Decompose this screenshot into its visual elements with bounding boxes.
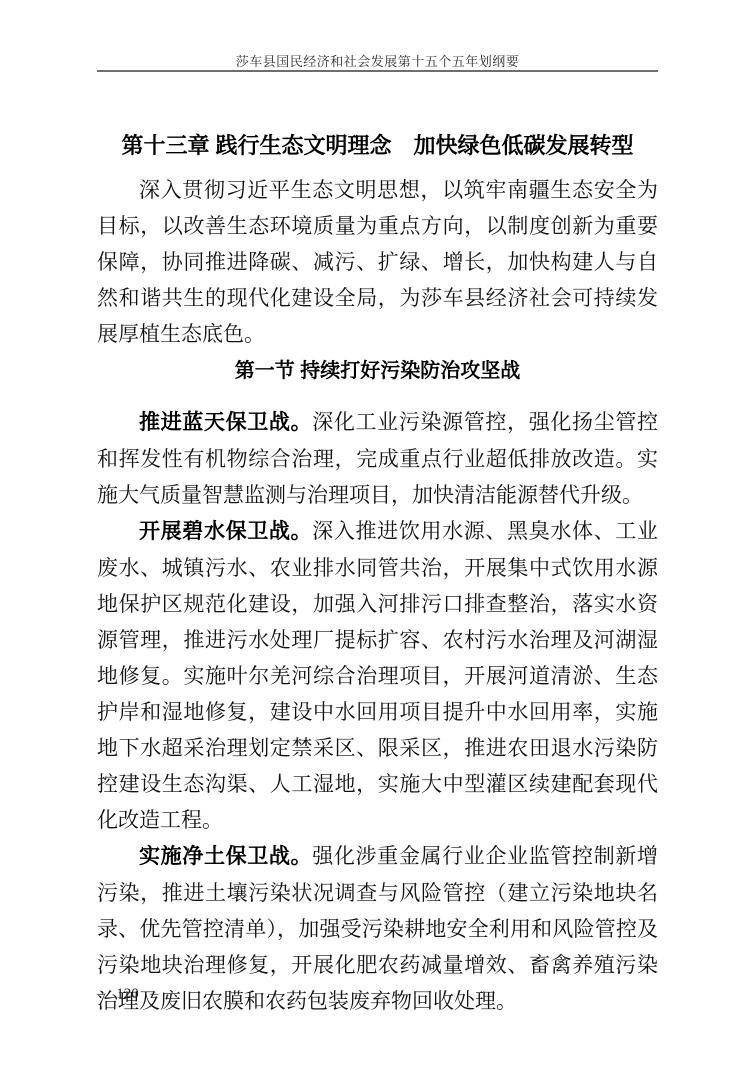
page-content: 第十三章 践行生态文明理念 加快绿色低碳发展转型 深入贯彻习近平生态文明思想，以…: [97, 131, 658, 1019]
paragraph: 实施净土保卫战。强化涉重金属行业企业监管控制新增污染，推进土壤污染状况调查与风险…: [97, 838, 658, 1019]
intro-paragraph: 深入贯彻习近平生态文明思想，以筑牢南疆生态安全为目标，以改善生态环境质量为重点方…: [97, 172, 658, 352]
section-title: 第一节 持续打好污染防治攻坚战: [97, 356, 658, 386]
paragraph-text: 强化涉重金属行业企业监管控制新增污染，推进土壤污染状况调查与风险管控（建立污染地…: [97, 844, 658, 1013]
paragraph-lead: 实施净土保卫战。: [139, 845, 312, 868]
document-page: 莎车县国民经济和社会发展第十五个五年划纲要 第十三章 践行生态文明理念 加快绿色…: [0, 0, 753, 1066]
paragraph-text: 深入推进饮用水源、黑臭水体、工业废水、城镇污水、农业排水同管共治，开展集中式饮用…: [97, 519, 658, 832]
paragraph: 推进蓝天保卫战。深化工业污染源管控，强化扬尘管控和挥发性有机物综合治理，完成重点…: [97, 404, 658, 513]
paragraph-lead: 开展碧水保卫战。: [139, 520, 312, 543]
paragraph: 开展碧水保卫战。深入推进饮用水源、黑臭水体、工业废水、城镇污水、农业排水同管共治…: [97, 513, 658, 838]
page-number: – 120 –: [97, 986, 158, 1002]
chapter-title: 第十三章 践行生态文明理念 加快绿色低碳发展转型: [97, 131, 658, 161]
paragraph-lead: 推进蓝天保卫战。: [139, 411, 312, 434]
page-header-title: 莎车县国民经济和社会发展第十五个五年划纲要: [97, 51, 658, 70]
header-rule: [97, 70, 658, 72]
page-footer: – 120 –: [97, 986, 158, 1003]
